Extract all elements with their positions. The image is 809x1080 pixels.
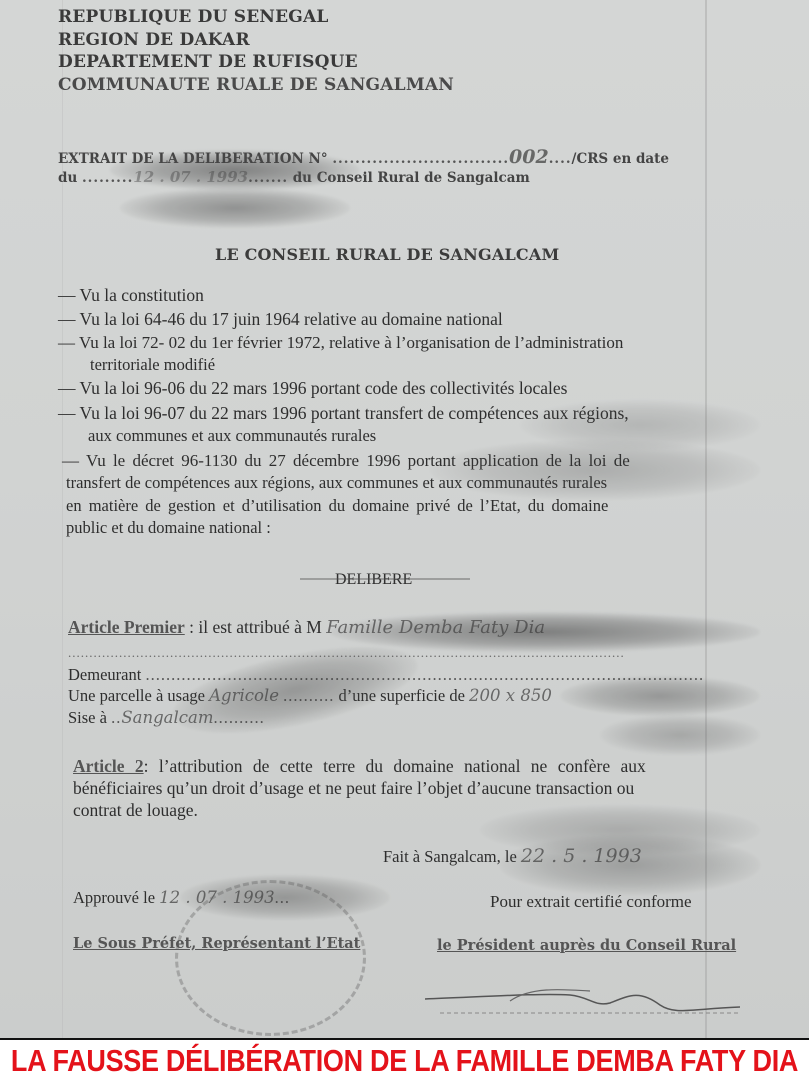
official-stamp <box>175 880 366 1036</box>
article-2-label: Article 2 <box>73 756 144 776</box>
vu-item-continuation: public et du domaine national : <box>66 518 271 538</box>
header-department: DEPARTEMENT DE RUFISQUE <box>58 51 358 73</box>
ink-smudge <box>430 440 760 500</box>
fait-a-label: Fait à Sangalcam, le <box>383 847 517 866</box>
article-1-label: Article Premier <box>68 617 185 637</box>
ink-smudge <box>600 715 760 755</box>
vu-item-continuation: aux communes et aux communautés rurales <box>88 426 376 446</box>
article-2-text: bénéficiaires qu’un droit d’usage et ne … <box>73 778 634 799</box>
ink-smudge <box>560 676 760 716</box>
article-1-text: : il est attribué à M <box>189 617 322 637</box>
approuve-label: Approuvé le <box>73 888 155 907</box>
delibere-heading: DELIBERE <box>335 571 412 589</box>
article-2-text: contrat de louage. <box>73 800 198 821</box>
vu-item-continuation: en matière de gestion et d’utilisation d… <box>66 496 608 516</box>
superficie-value: 200 x 850 <box>469 686 552 705</box>
header-community: COMMUNAUTE RUALE DE SANGALMAN <box>58 74 454 96</box>
scanned-document: REPUBLIQUE DU SENEGAL REGION DE DAKAR DE… <box>0 0 809 1038</box>
caption-bar: LA FAUSSE DÉLIBÉRATION DE LA FAMILLE DEM… <box>0 1038 809 1080</box>
extract-suffix: /CRS en date <box>572 151 669 167</box>
vu-item: — Vu la constitution <box>58 285 204 306</box>
ink-smudge <box>520 400 760 450</box>
header-region: REGION DE DAKAR <box>58 29 250 51</box>
demeurant-label: Demeurant <box>68 665 141 684</box>
dots: .... <box>549 151 572 167</box>
caption-title: LA FAUSSE DÉLIBÉRATION DE LA FAMILLE DEM… <box>11 1044 798 1079</box>
sise-label: Sise à <box>68 708 107 727</box>
ink-smudge <box>110 150 360 190</box>
header-republic: REPUBLIQUE DU SENEGAL <box>58 6 329 28</box>
extract-du: du <box>58 170 77 186</box>
dots: .. <box>111 708 121 727</box>
vu-item: — Vu la loi 64-46 du 17 juin 1964 relati… <box>58 309 503 330</box>
vu-item-continuation: territoriale modifié <box>90 355 215 375</box>
deliberation-number: 002 <box>509 146 549 168</box>
vu-item: — Vu la loi 72- 02 du 1er février 1972, … <box>58 333 623 353</box>
strike-line <box>300 578 470 580</box>
vu-item: — Vu la loi 96-06 du 22 mars 1996 portan… <box>58 378 567 399</box>
council-title: LE CONSEIL RURAL DE SANGALCAM <box>215 244 559 266</box>
ink-smudge <box>120 188 350 228</box>
signature <box>420 985 750 1015</box>
pour-extrait: Pour extrait certifié conforme <box>490 892 692 912</box>
article-2-text: : l’attribution de cette terre du domain… <box>144 756 646 776</box>
president-title: le Président auprès du Conseil Rural <box>437 937 736 954</box>
dots: ............................... <box>332 151 509 167</box>
ink-smudge <box>500 835 760 895</box>
article-2-line: Article 2: l’attribution de cette terre … <box>73 756 646 777</box>
